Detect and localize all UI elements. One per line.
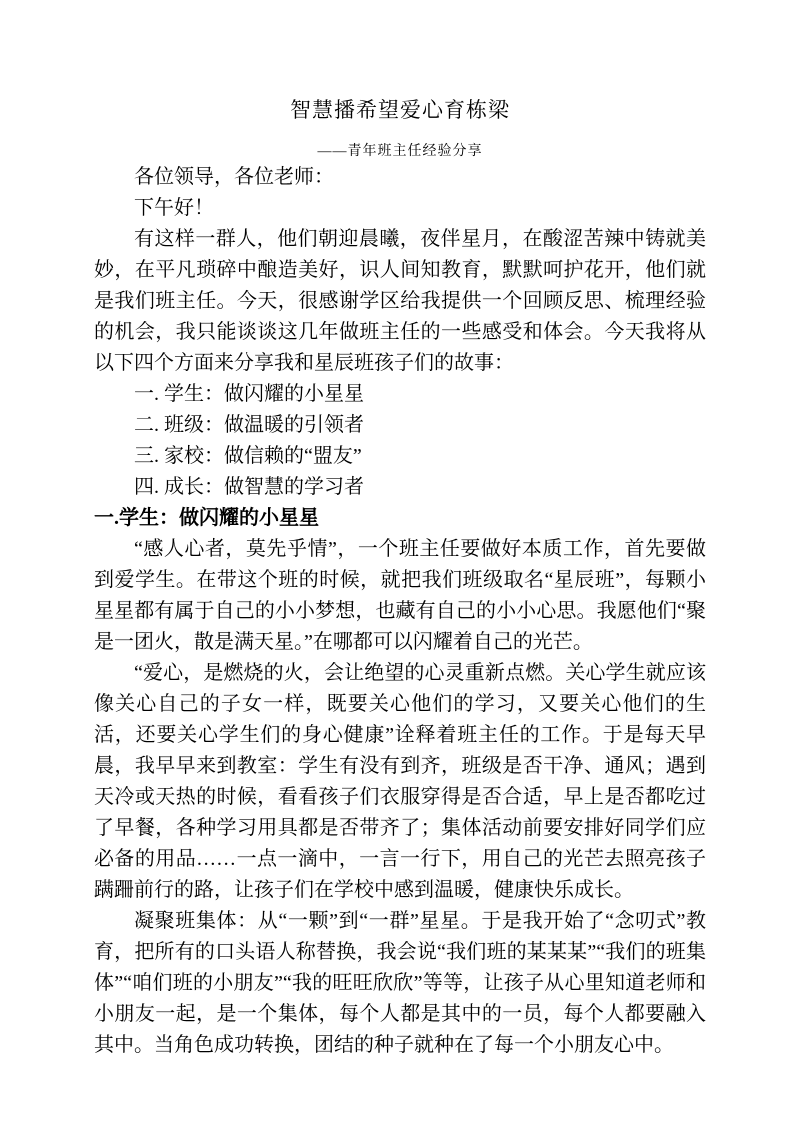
outline-item-class: 二. 班级：做温暖的引领者 [94,410,706,441]
document-page: 智慧播希望爱心育栋梁 ——青年班主任经验分享 各位领导，各位老师： 下午好！ 有… [0,0,793,1122]
document-content: 智慧播希望爱心育栋梁 ——青年班主任经验分享 各位领导，各位老师： 下午好！ 有… [94,0,706,1061]
outline-item-students: 一. 学生：做闪耀的小星星 [94,379,706,410]
document-body: 各位领导，各位老师： 下午好！ 有这样一群人，他们朝迎晨曦，夜伴星月，在酸涩苦辣… [94,162,706,1061]
section-paragraph-1: “感人心者，莫先乎情”，一个班主任要做好本质工作，首先要做到爱学生。在带这个班的… [94,534,706,658]
greeting-line: 下午好！ [94,193,706,224]
document-title: 智慧播希望爱心育栋梁 [94,95,706,126]
outline-item-growth: 四. 成长：做智慧的学习者 [94,472,706,503]
intro-paragraph: 有这样一群人，他们朝迎晨曦，夜伴星月，在酸涩苦辣中铸就美妙，在平凡琐碎中酿造美好… [94,224,706,379]
section-paragraph-3: 凝聚班集体：从“一颗”到“一群”星星。于是我开始了“念叨式”教育，把所有的口头语… [94,906,706,1061]
outline-item-home-school: 三. 家校：做信赖的“盟友” [94,441,706,472]
section-paragraph-2: “爱心，是燃烧的火，会让绝望的心灵重新点燃。关心学生就应该像关心自己的子女一样，… [94,658,706,906]
section-heading-students: 一.学生：做闪耀的小星星 [94,503,706,534]
